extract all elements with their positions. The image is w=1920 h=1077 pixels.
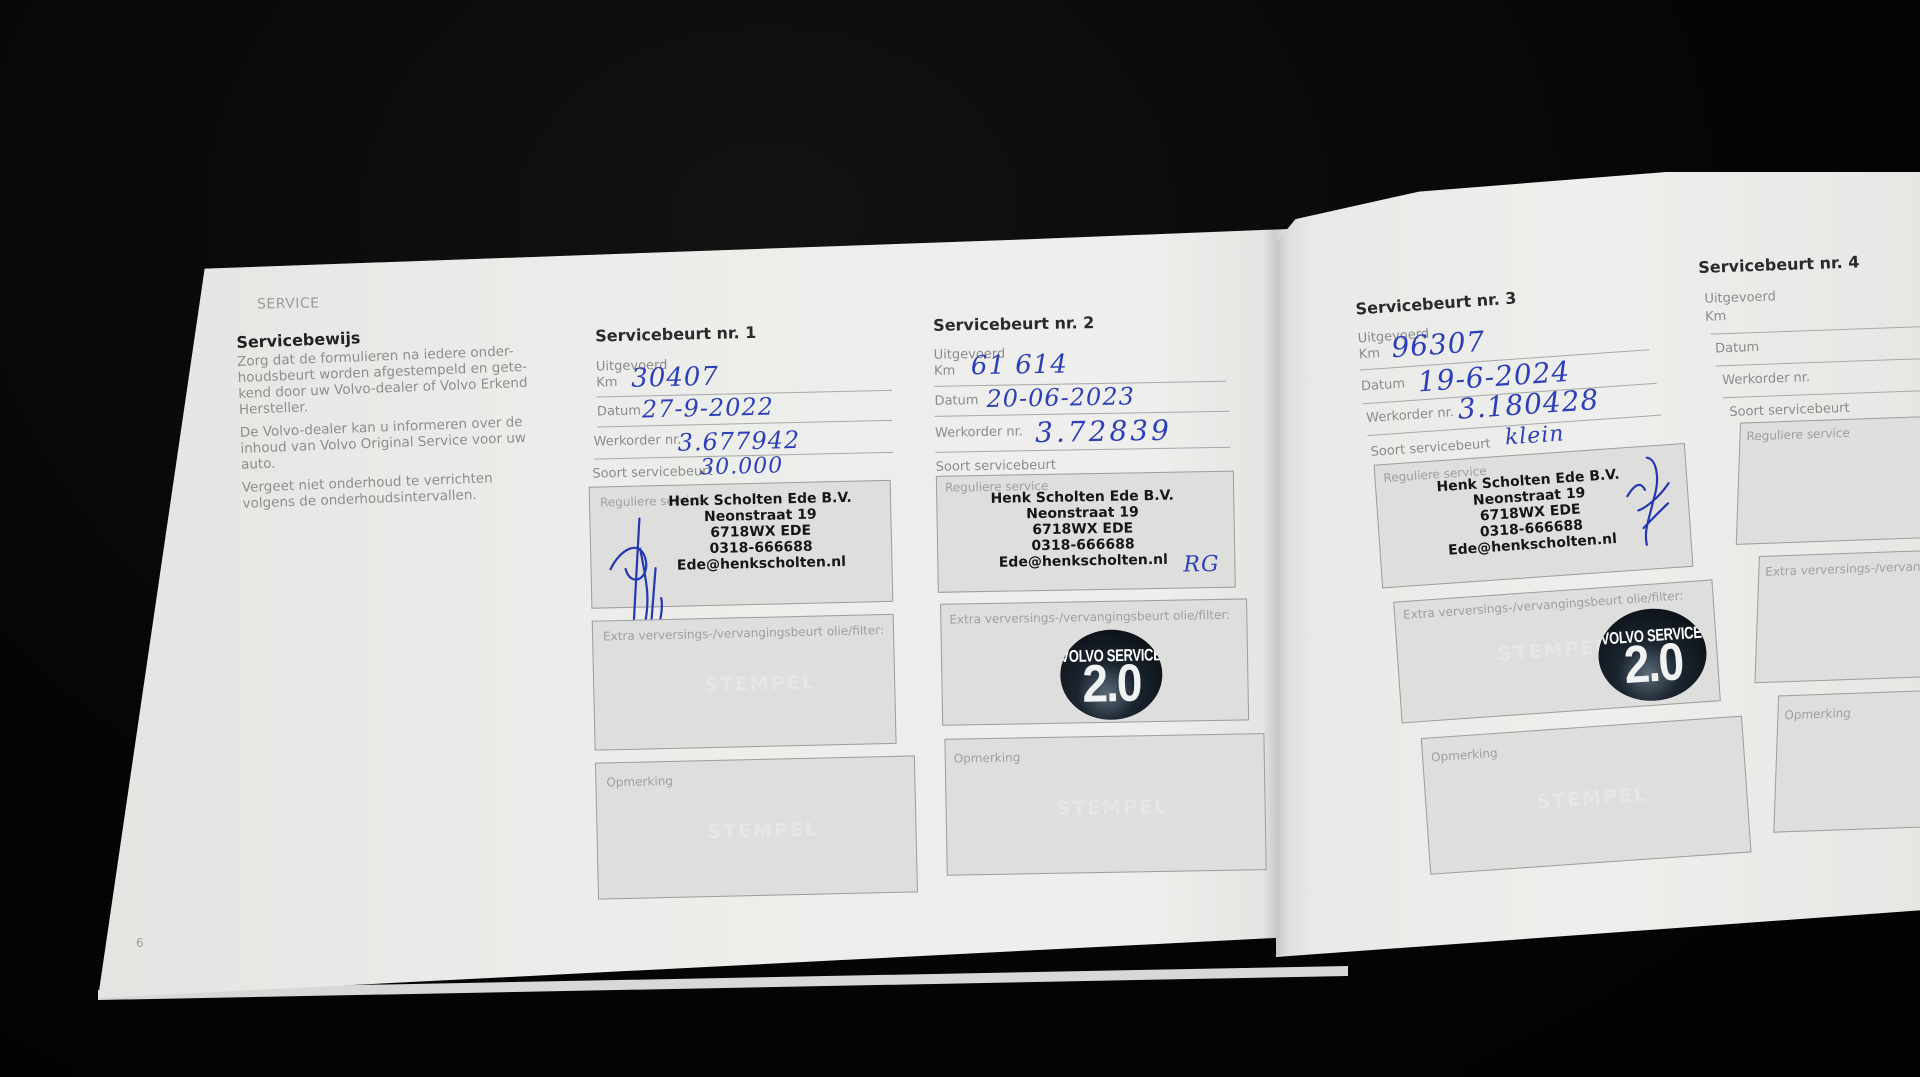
stamp-placeholder: STEMPEL (1497, 636, 1610, 666)
page-number: 6 (136, 936, 144, 950)
remark-label: Opmerking (1431, 746, 1498, 765)
remark-label: Opmerking (1784, 706, 1851, 722)
datum-line (1716, 357, 1920, 366)
stamp-placeholder: STEMPEL (707, 819, 819, 844)
km-line (1711, 325, 1920, 334)
service-record-4: Servicebeurt nr. 4 Uitgevoerd Km Datum W… (1698, 250, 1920, 858)
werkorder-value: 3.677942 (677, 426, 800, 457)
werkorder-label: Werkorder nr. (1366, 405, 1455, 426)
werkorder-label: Werkorder nr. (1722, 370, 1810, 388)
extra-service-box: Extra verversings-/vervangingsbeurt olie… (940, 598, 1249, 725)
volvo-service-badge-icon: VOLVO SERVICE 2.0 (1060, 629, 1164, 721)
soort-label: Soort servicebeurt (936, 458, 1056, 475)
service-record-2: Servicebeurt nr. 2 Uitgevoerd Km 61 614 … (925, 308, 1265, 894)
stamp-placeholder: STEMPEL (1056, 796, 1168, 820)
dealer-stamp: Henk Scholten Ede B.V. Neonstraat 19 671… (1428, 466, 1633, 560)
intro-paragraph-1: Zorg dat de formulieren na iedere onder-… (237, 342, 539, 417)
remark-box: Opmerking STEMPEL (595, 755, 918, 899)
datum-label: Datum (1715, 340, 1759, 357)
extra-service-box: Extra verversings-/vervangingsbeurt olie… (1393, 579, 1721, 723)
soort-label: Soort servicebeurt (1370, 437, 1491, 460)
km-label: Km (1358, 346, 1380, 362)
soort-label: Soort servicebeurt (592, 464, 713, 482)
initials-value: RG (1183, 552, 1220, 578)
extra-service-label: Extra verversings-/vervangingsbeurt olie… (949, 608, 1230, 627)
extra-service-box: Extra verversings-/vervangingsbeurt olie… (592, 614, 897, 751)
werkorder-value: 3.72839 (1035, 414, 1172, 449)
werkorder-label: Werkorder nr. (593, 433, 681, 450)
badge-number: 2.0 (1082, 659, 1141, 706)
service-record-1: Servicebeurt nr. 1 Uitgevoerd Km 30407 D… (575, 318, 908, 905)
volvo-service-badge-icon: VOLVO SERVICE 2.0 (1595, 605, 1709, 704)
intro-paragraph-2: De Volvo-dealer kan u informeren over de… (240, 413, 542, 472)
km-value: 96307 (1390, 325, 1486, 364)
km-label: Km (596, 375, 618, 390)
signature-icon (1616, 448, 1683, 552)
extra-service-box: Extra verversings-/vervangingsbeurt olie… (1754, 548, 1920, 684)
dealer-email: Ede@henkscholten.nl (661, 554, 861, 575)
service-record-3: Servicebeurt nr. 3 Uitgevoerd Km 96307 D… (1350, 275, 1750, 879)
datum-label: Datum (597, 404, 641, 420)
stamp-placeholder: STEMPEL (704, 672, 816, 697)
stamp-placeholder: STEMPEL (1536, 783, 1649, 813)
extra-service-label: Extra verversings-/vervangingsbeurt olie… (1765, 555, 1920, 579)
uitgevoerd-label: Uitgevoerd (1704, 289, 1776, 306)
dealer-email: Ede@henkscholten.nl (983, 552, 1183, 571)
dealer-stamp: Henk Scholten Ede B.V. Neonstraat 19 671… (982, 488, 1183, 571)
service-title: Servicebeurt nr. 1 (595, 323, 756, 346)
km-label: Km (934, 363, 955, 378)
werkorder-line (1723, 389, 1920, 398)
remark-box: Opmerking STEMPEL (944, 733, 1266, 876)
extra-service-label: Extra verversings-/vervangingsbeurt olie… (603, 623, 884, 643)
datum-label: Datum (1361, 376, 1406, 394)
soort-label: Soort servicebeurt (1729, 401, 1850, 420)
dealer-stamp: Henk Scholten Ede B.V. Neonstraat 19 671… (660, 490, 862, 575)
werkorder-label: Werkorder nr. (935, 424, 1023, 441)
remark-box: Opmerking STEMPEL (1421, 716, 1752, 875)
km-value: 61 614 (971, 350, 1068, 382)
remark-label: Opmerking (606, 774, 673, 790)
datum-value: 20-06-2023 (986, 382, 1135, 413)
datum-label: Datum (934, 393, 978, 409)
intro-block: Servicebewijs Zorg dat de formulieren na… (236, 321, 543, 511)
km-label: Km (1705, 309, 1727, 325)
remark-box: Opmerking (1773, 687, 1920, 833)
km-value: 30407 (631, 362, 719, 394)
remark-label: Opmerking (954, 750, 1021, 765)
datum-value: 27-9-2022 (642, 393, 775, 424)
regular-service-box: Reguliere service Henk Scholten Ede B.V.… (936, 471, 1236, 593)
regular-service-label: Reguliere service (1746, 426, 1850, 444)
regular-service-box: Reguliere service (1736, 414, 1920, 545)
badge-number: 2.0 (1622, 637, 1683, 687)
soort-value: klein (1504, 421, 1565, 450)
section-label: SERVICE (257, 295, 320, 312)
service-title: Servicebeurt nr. 2 (933, 313, 1094, 335)
soort-value: 30.000 (700, 453, 784, 480)
